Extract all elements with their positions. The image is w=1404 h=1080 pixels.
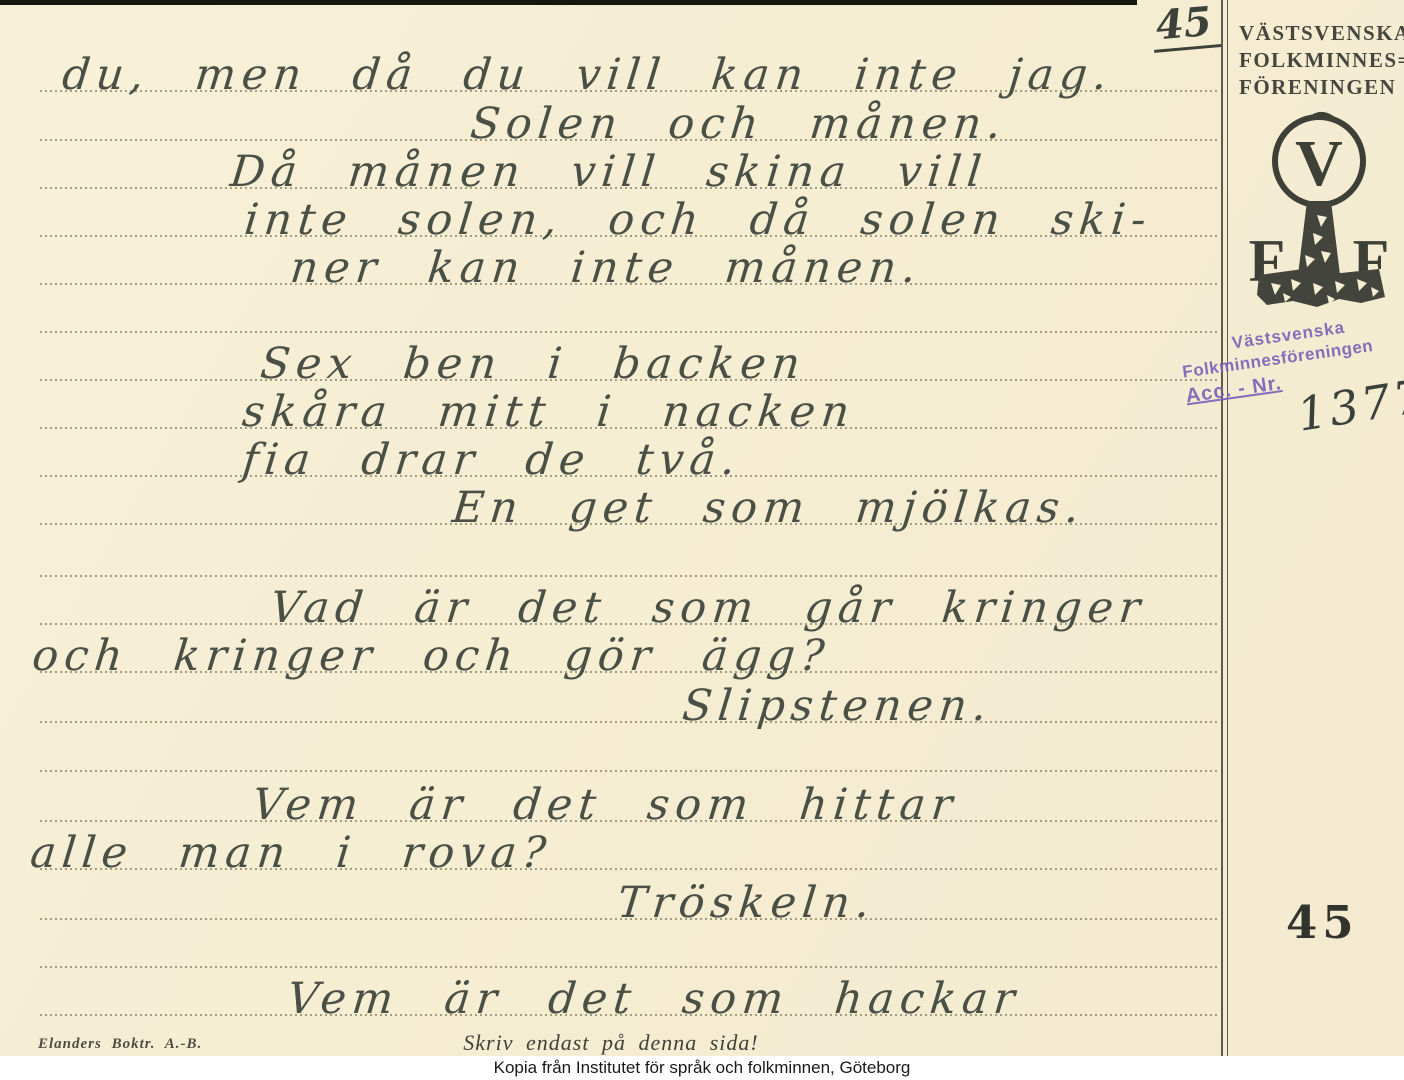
manuscript-line: inte solen, och då solen ski-: [242, 195, 1154, 245]
manuscript-line: skåra mitt i nacken: [240, 387, 858, 437]
margin-divider-line-outer: [1221, 0, 1223, 1057]
manuscript-line: fia drar de två.: [240, 435, 744, 485]
manuscript-line: du, men då du vill kan inte jag.: [60, 50, 1115, 100]
write-only-instruction: Skriv endast på denna sida!: [0, 1030, 1222, 1056]
scanned-manuscript-page: du, men då du vill kan inte jag.Solen oc…: [0, 0, 1404, 1080]
svg-text:V: V: [1295, 127, 1343, 200]
ruled-dotted-line: [40, 721, 1218, 723]
ruled-dotted-line: [40, 770, 1218, 772]
vff-thors-hammer-logo-icon: V F F: [1243, 103, 1395, 338]
handwritten-page-number: 45: [1150, 0, 1222, 53]
organization-name: VÄSTSVENSKA FOLKMINNES= FÖRENINGEN: [1239, 20, 1404, 101]
manuscript-line: Slipstenen.: [680, 681, 995, 731]
manuscript-line: Vem är det som hackar: [285, 974, 1023, 1024]
org-name-line-1: VÄSTSVENSKA: [1239, 20, 1404, 47]
manuscript-line: Vad är det som går kringer: [268, 583, 1148, 633]
manuscript-line: Vem är det som hittar: [250, 780, 961, 830]
ruled-dotted-line: [40, 331, 1218, 333]
printed-page-number: 45: [1286, 896, 1359, 949]
org-name-line-2: FOLKMINNES=: [1239, 47, 1404, 74]
copy-notice-text: Kopia från Institutet för språk och folk…: [494, 1058, 911, 1077]
margin-divider-line-inner: [1227, 0, 1228, 1057]
manuscript-line: alle man i rova?: [28, 828, 554, 878]
manuscript-line: Sex ben i backen: [258, 339, 808, 389]
manuscript-line: Då månen vill skina vill: [228, 147, 990, 197]
manuscript-line: Tröskeln.: [615, 878, 878, 928]
manuscript-line: Solen och månen.: [468, 99, 1009, 149]
manuscript-line: ner kan inte månen.: [288, 243, 924, 293]
org-name-line-3: FÖRENINGEN: [1239, 74, 1404, 101]
copy-notice-strip: Kopia från Institutet för språk och folk…: [0, 1056, 1404, 1080]
ruled-dotted-line: [40, 575, 1218, 577]
manuscript-line: En get som mjölkas.: [450, 483, 1088, 533]
manuscript-line: och kringer och gör ägg?: [30, 631, 833, 681]
scan-edge-artifact: [0, 0, 1137, 5]
ruled-dotted-line: [40, 966, 1218, 968]
